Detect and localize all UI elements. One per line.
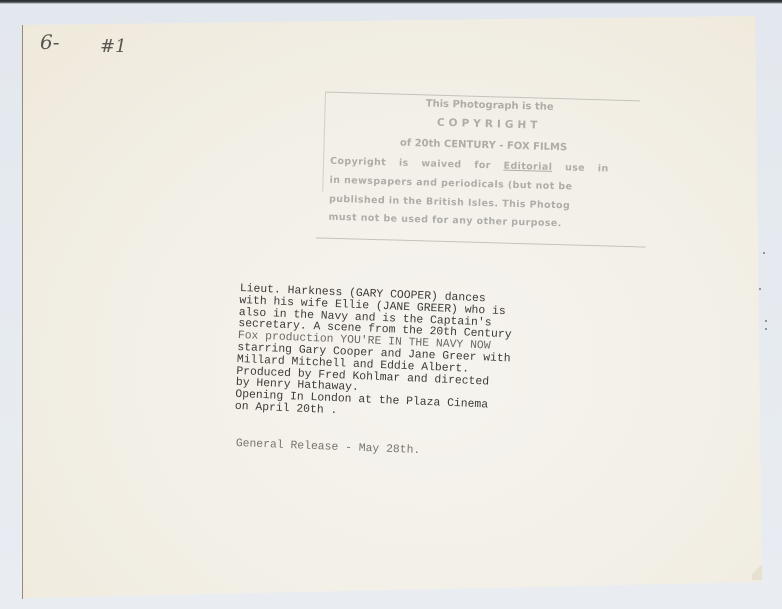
stamp-bottom-rule — [316, 237, 646, 247]
stamp-line-4-pre: Copyright is waived for — [330, 156, 491, 171]
dust-speck — [763, 252, 765, 254]
dust-speck — [765, 328, 767, 330]
stamp-line-7: must not be used for any other purpose. — [328, 212, 562, 230]
paper-corner-fold — [752, 560, 762, 580]
handwritten-page-mark: 6- — [40, 30, 59, 54]
stamp-copyright-heading: COPYRIGHT — [329, 114, 649, 135]
handwritten-number-mark: #1 — [100, 36, 127, 57]
stamp-line-6: published in the British Isles. This Pho… — [329, 194, 570, 212]
paper-left-edge — [22, 25, 23, 599]
stamp-line-4-post: use in — [565, 162, 609, 174]
dust-speck — [765, 320, 767, 322]
stamp-line-5: in newspapers and periodicals (but not b… — [329, 175, 572, 193]
stamp-line-4: Copyright is waived for Editorial use in — [330, 156, 609, 175]
stamp-editorial-emphasis: Editorial — [503, 161, 552, 173]
copyright-stamp: This Photograph is the COPYRIGHT of 20th… — [316, 77, 651, 254]
dust-speck — [759, 288, 761, 290]
stamp-company: of 20th CENTURY - FOX FILMS — [318, 135, 648, 155]
typed-caption: Lieut. Harkness (GARY COOPER) dances wit… — [235, 284, 560, 427]
